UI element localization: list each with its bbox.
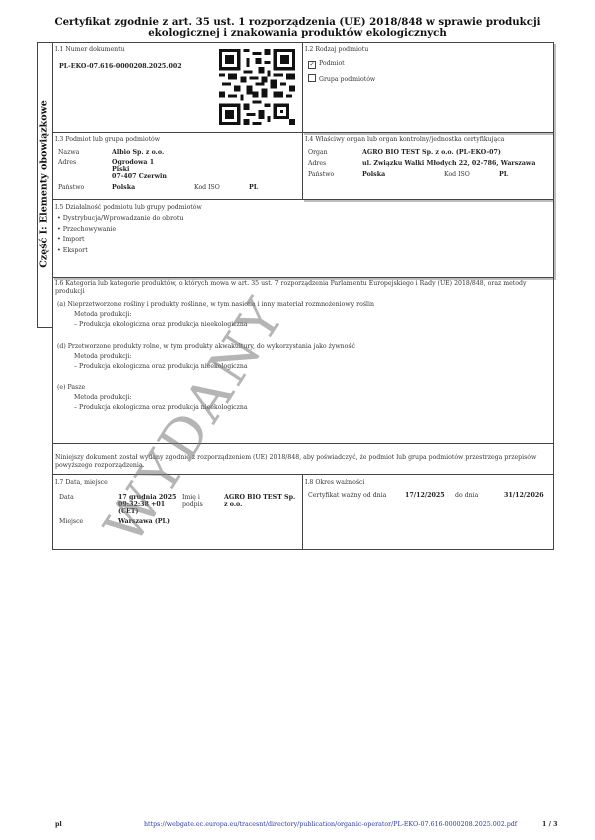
option-label: Grupa podmiotów	[319, 76, 375, 83]
section-activities: I.5 Działalność podmiotu lub grupy podmi…	[52, 199, 554, 278]
statement-text: Niniejszy dokument został wydany zgodnie…	[55, 454, 545, 469]
method-value: – Produkcja ekologiczna oraz produkcja n…	[57, 403, 248, 413]
checkbox-unchecked-icon[interactable]	[308, 74, 316, 82]
issue-place: Warszawa (PL)	[118, 518, 170, 525]
section-label: I.3 Podmiot lub grupa podmiotów	[55, 136, 160, 143]
country-label: Państwo	[58, 184, 84, 191]
category-name: (d) Przetworzone produkty rolne, w tym p…	[57, 342, 355, 352]
checkbox-checked-icon[interactable]: ✓	[308, 61, 316, 69]
section-control-body: I.4 Właściwy organ lub organ kontrolny/j…	[302, 132, 554, 200]
iso-label: Kod ISO	[194, 184, 220, 191]
iso-code: PL	[249, 184, 258, 191]
document-link[interactable]: https://webgate.ec.europa.eu/tracesnt/di…	[144, 821, 517, 828]
page-number: 1 / 3	[542, 821, 557, 828]
section-label: I.1 Numer dokumentu	[55, 46, 125, 53]
valid-to: 31/12/2026	[504, 492, 544, 499]
organ-label: Organ	[308, 149, 328, 156]
activities-list: Dystrybucja/Wprowadzanie do obrotu Przec…	[57, 214, 183, 256]
valid-from-label: Certyfikat ważny od dnia	[308, 492, 386, 499]
list-item: Przechowywanie	[57, 225, 183, 236]
signature: AGRO BIO TEST Sp. z o.o.	[224, 494, 300, 508]
address-line-1: Ogrodowa 1	[112, 159, 154, 166]
section-label: I.2 Rodzaj podmiotu	[305, 46, 368, 53]
section-entity-type: I.2 Rodzaj podmiotu ✓Podmiot Grupa podmi…	[302, 42, 554, 133]
address-label: Adres	[308, 160, 326, 167]
method-label: Metoda produkcji:	[57, 352, 355, 362]
section-validity: I.8 Okres ważności Certyfikat ważny od d…	[302, 474, 554, 550]
valid-to-label: do dnia	[455, 492, 478, 499]
option-grupa-podmiotow[interactable]: Grupa podmiotów	[308, 74, 375, 83]
method-value: – Produkcja ekologiczna oraz produkcja n…	[57, 362, 355, 372]
list-item: Import	[57, 235, 183, 246]
operator-name: Albio Sp. z o.o.	[112, 149, 164, 156]
method-label: Metoda produkcji:	[57, 310, 374, 320]
address-line-3: 07-407 Czerwin	[112, 173, 167, 180]
qr-code-icon	[219, 48, 295, 126]
section-label: I.5 Działalność podmiotu lub grupy podmi…	[55, 204, 202, 211]
iso-label: Kod ISO	[444, 171, 470, 178]
place-label: Miejsce	[59, 518, 83, 525]
option-label: Podmiot	[319, 60, 345, 67]
valid-from: 17/12/2025	[405, 492, 445, 499]
category-item: (d) Przetworzone produkty rolne, w tym p…	[57, 342, 355, 372]
section-label: I.8 Okres ważności	[305, 479, 364, 486]
section-date-place: I.7 Data, miejsce Data 17 grudnia 2025 0…	[52, 474, 303, 550]
list-item: Eksport	[57, 246, 183, 257]
address-label: Adres	[58, 159, 76, 166]
document-number: PL-EKO-07.616-0000208.2025.002	[59, 63, 182, 70]
list-item: Dystrybucja/Wprowadzanie do obrotu	[57, 214, 183, 225]
option-podmiot[interactable]: ✓Podmiot	[308, 60, 345, 69]
footer-url[interactable]: https://webgate.ec.europa.eu/tracesnt/di…	[144, 821, 517, 828]
issue-date: 17 grudnia 2025 09:32:38 +01 (CET)	[118, 494, 180, 515]
section-statement: Niniejszy dokument został wydany zgodnie…	[52, 443, 554, 475]
section-label: I.6 Kategoria lub kategorie produktów, o…	[55, 280, 550, 296]
iso-code: PL	[499, 171, 508, 178]
signature-label: Imię i podpis	[182, 494, 210, 508]
country: Polska	[362, 171, 385, 178]
date-label: Data	[59, 494, 74, 501]
section-side-label: Część I: Elementy obowiązkowe	[39, 100, 50, 268]
footer-language: pl	[55, 821, 62, 828]
section-product-categories: I.6 Kategoria lub kategorie produktów, o…	[52, 277, 554, 444]
country-label: Państwo	[308, 171, 334, 178]
method-value: – Produkcja ekologiczna oraz produkcja n…	[57, 320, 374, 330]
organ: AGRO BIO TEST Sp. z o.o. (PL-EKO-07)	[362, 149, 501, 156]
category-name: (a) Nieprzetworzone rośliny i produkty r…	[57, 300, 374, 310]
section-label: I.7 Data, miejsce	[55, 479, 108, 486]
section-operator: I.3 Podmiot lub grupa podmiotów Nazwa Al…	[52, 132, 303, 200]
category-item: (a) Nieprzetworzone rośliny i produkty r…	[57, 300, 374, 330]
document-title: Certyfikat zgodnie z art. 35 ust. 1 rozp…	[30, 17, 565, 39]
address: ul. Związku Walki Młodych 22, 02-786, Wa…	[362, 160, 535, 167]
section-label: I.4 Właściwy organ lub organ kontrolny/j…	[305, 136, 504, 143]
method-label: Metoda produkcji:	[57, 393, 248, 403]
address-line-2: Piski	[112, 166, 129, 173]
category-item: (e) Pasze Metoda produkcji: – Produkcja …	[57, 383, 248, 413]
country: Polska	[112, 184, 135, 191]
name-label: Nazwa	[58, 149, 79, 156]
category-name: (e) Pasze	[57, 383, 248, 393]
